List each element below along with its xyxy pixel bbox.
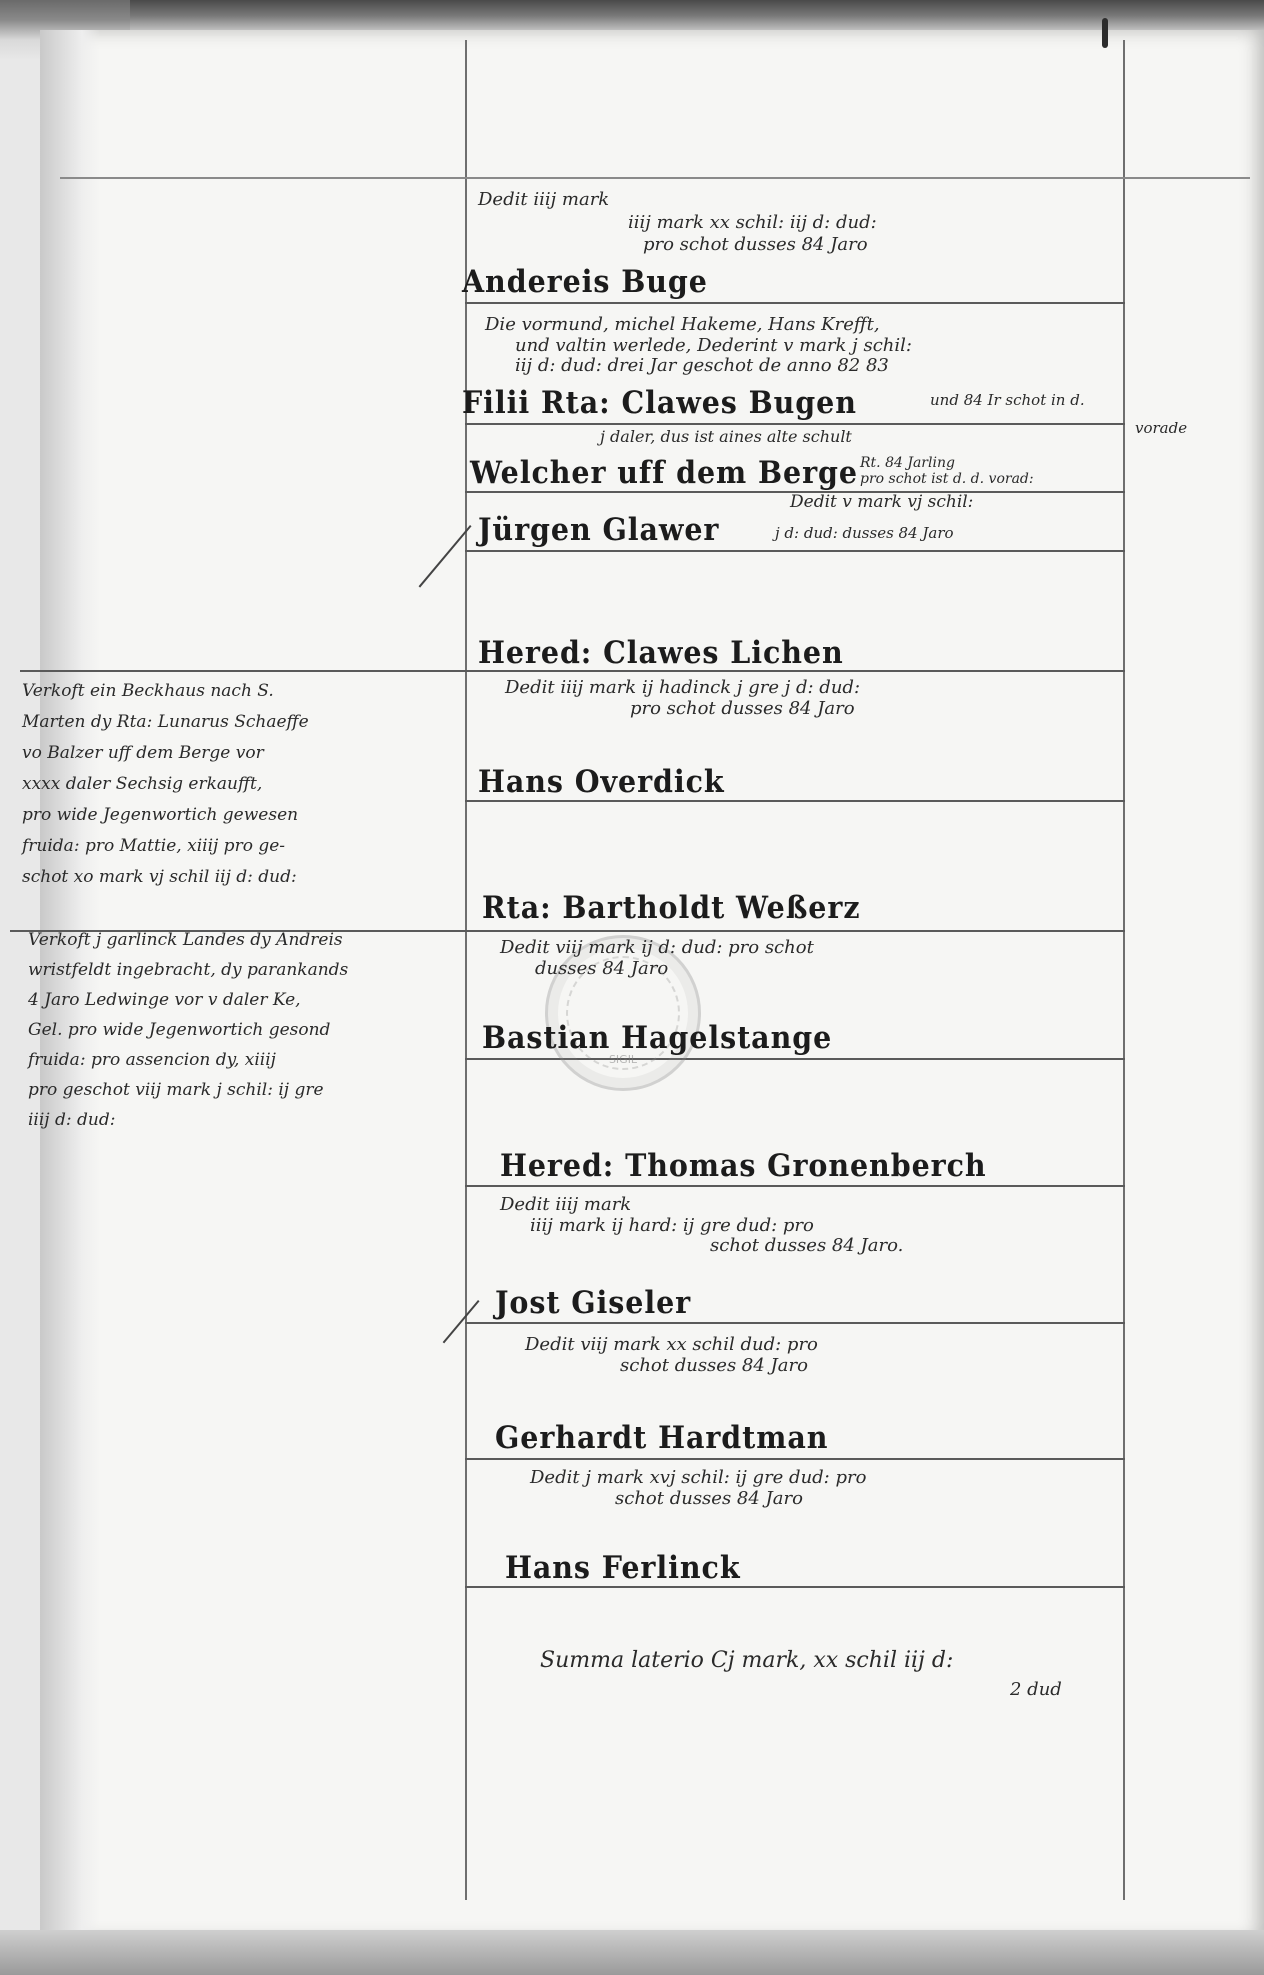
ruling-entry-10	[465, 1322, 1125, 1324]
entry-name: Welcher uff dem Berge	[470, 455, 858, 491]
page-summary-sub: 2 dud	[1010, 1680, 1062, 1701]
entry-name: Gerhardt Hardtman	[495, 1420, 828, 1456]
entry-name: Hered: Clawes Lichen	[478, 635, 844, 671]
entry-name: Filii Rta: Clawes Bugen	[462, 385, 857, 421]
ruling-entry-11	[465, 1458, 1125, 1460]
entry-note: vorade	[1135, 420, 1187, 437]
ruling-top	[60, 177, 1250, 179]
entry-note: Dedit iiij mark iiij mark xx schil: iij …	[478, 190, 877, 256]
entry-name: Jost Giseler	[495, 1285, 691, 1321]
binding-mark	[1102, 18, 1108, 48]
entry-name: Hans Ferlinck	[505, 1550, 741, 1586]
entry-note: Dedit iiij mark iiij mark ij hard: ij gr…	[500, 1195, 903, 1257]
margin-note-2: Verkoft j garlinck Landes dy Andreis wri…	[28, 925, 348, 1135]
entry-note: Dedit iiij mark ij hadinck j gre j d: du…	[505, 678, 860, 719]
entry-note: Die vormund, michel Hakeme, Hans Krefft,…	[485, 315, 912, 377]
entry-name: Bastian Hagelstange	[482, 1020, 832, 1056]
page-bottom-edge	[0, 1930, 1264, 1975]
entry-note: Dedit viij mark xx schil dud: pro schot …	[525, 1335, 818, 1376]
page-summary-total: Summa laterio Cj mark, xx schil iij d:	[540, 1648, 953, 1673]
entry-note: j d: dud: dusses 84 Jaro	[775, 525, 954, 542]
entry-note: und 84 Ir schot in d.	[930, 392, 1085, 409]
ruling-entry-4	[465, 550, 1125, 552]
entry-note: Rt. 84 Jarling pro schot ist d. d. vorad…	[860, 455, 1034, 487]
entry-name: Rta: Bartholdt Weßerz	[482, 890, 860, 926]
ruling-vertical-right	[1123, 40, 1125, 1900]
entry-note: Dedit j mark xvj schil: ij gre dud: pro …	[530, 1468, 866, 1509]
entry-note: Dedit v mark vj schil:	[790, 493, 973, 513]
ruling-entry-12	[465, 1586, 1125, 1588]
entry-name: Hans Overdick	[478, 764, 725, 800]
ruling-entry-2	[465, 423, 1125, 425]
entry-name: Andereis Buge	[462, 264, 708, 300]
ruling-entry-6	[465, 800, 1125, 802]
entry-name: Jürgen Glawer	[478, 512, 719, 548]
ruling-entry-9	[465, 1185, 1125, 1187]
margin-note-1: Verkoft ein Beckhaus nach S. Marten dy R…	[22, 676, 309, 893]
ruling-vertical-left	[465, 40, 467, 1900]
entry-name: Hered: Thomas Gronenberch	[500, 1148, 987, 1184]
entry-note: Dedit viij mark ij d: dud: pro schot dus…	[500, 938, 814, 979]
entry-note: j daler, dus ist aines alte schult	[600, 428, 852, 446]
ruling-entry-1	[465, 302, 1125, 304]
